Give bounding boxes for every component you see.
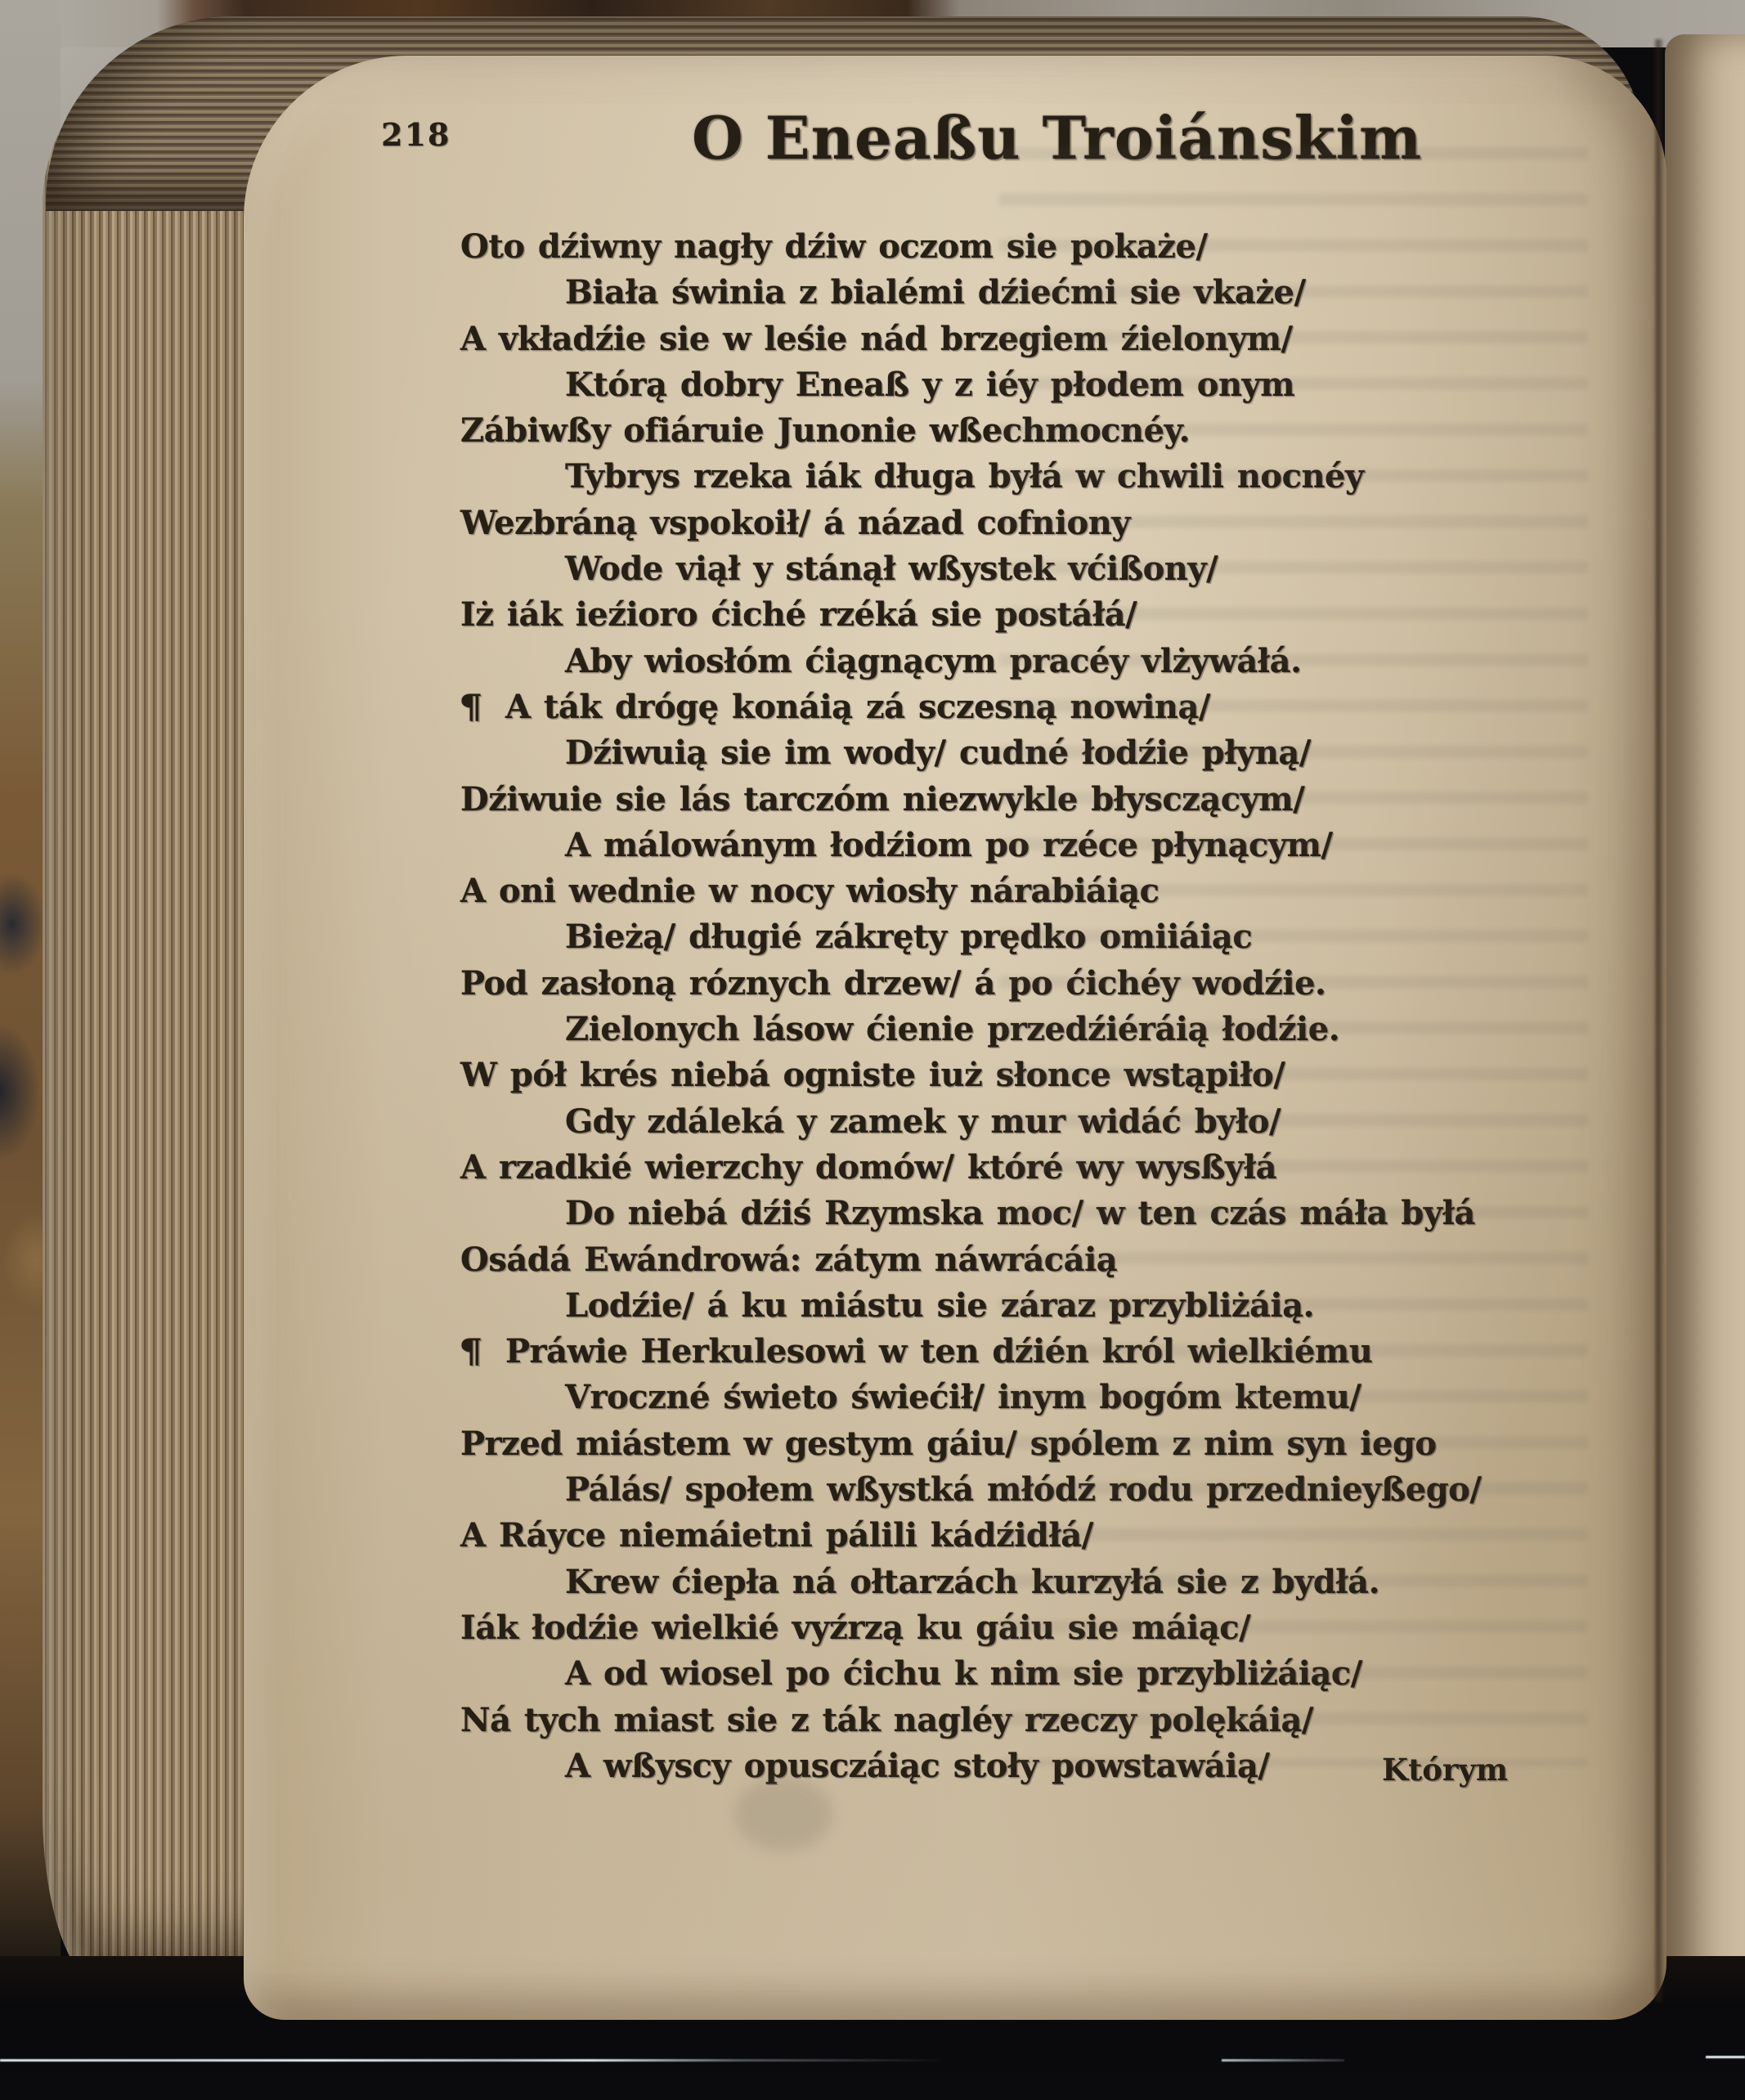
verse-line: A Ráyce niemáietni pálili kádźidłá/ [460, 1513, 1605, 1559]
verse-line-text: A málowánym łodźiom po rzéce płynącym/ [565, 826, 1333, 864]
verse-line-text: Iák łodźie wielkié vyźrzą ku gáiu sie má… [460, 1609, 1250, 1647]
verse-line-text: Biała świnia z bialémi dźiećmi sie vkaże… [565, 273, 1306, 312]
verse-line: Vroczné świeto świećił/ inym bogóm ktemu… [460, 1375, 1605, 1420]
verse-line-text: A ták drógę konáią zá sczesną nowiną/ [505, 688, 1210, 726]
verse-line-text: Pálás/ społem wßystká młódź rodu przedni… [565, 1470, 1481, 1509]
verse-line-text: Ná tych miast sie z ták nagléy rzeczy po… [460, 1701, 1313, 1739]
pilcrow-mark: ¶ [459, 684, 482, 730]
folio-number: 218 [381, 116, 451, 153]
verse-line-text: Którą dobry Eneaß y z iéy płodem onym [565, 366, 1294, 404]
scratch-line [0, 2059, 949, 2062]
verse-line-text: Tybrys rzeka iák długa byłá w chwili noc… [565, 457, 1364, 496]
verse-line: Iż iák ieźioro ćiché rzéká sie postáłá/ [460, 592, 1605, 638]
verse-line: Biała świnia z bialémi dźiećmi sie vkaże… [460, 270, 1605, 316]
verse-line: Pálás/ społem wßystká młódź rodu przedni… [460, 1467, 1605, 1513]
verse-line: Do niebá dźiś Rzymska moc/ w ten czás má… [460, 1191, 1605, 1236]
verse-line: W pół krés niebá ogniste iuż słonce wstą… [460, 1052, 1605, 1098]
facing-page-sliver [1665, 34, 1745, 2007]
verse-line-text: Vroczné świeto świećił/ inym bogóm ktemu… [565, 1378, 1361, 1416]
verse-line: ¶Práwie Herkulesowi w ten dźién król wie… [460, 1329, 1605, 1375]
verse-line-text: A oni wednie w nocy wiosły nárabiáiąc [460, 872, 1159, 910]
verse-line: Którą dobry Eneaß y z iéy płodem onym [460, 362, 1605, 408]
book-page: 218 O Eneaßu Troiánskim Oto dźiwny nagły… [244, 56, 1666, 2020]
verse-line: A od wiosel po ćichu k nim sie przybliżá… [460, 1651, 1605, 1697]
verse-line: A rzadkié wierzchy domów/ któré wy wysßy… [460, 1145, 1605, 1191]
verse-line: Bieżą/ długié zákręty prędko omiiáiąc [460, 914, 1605, 960]
verse-line: Zábiwßy ofiáruie Junonie wßechmocnéy. [460, 408, 1605, 454]
scanned-book-spread: 218 O Eneaßu Troiánskim Oto dźiwny nagły… [0, 0, 1745, 2100]
verse-line-text: A od wiosel po ćichu k nim sie przybliżá… [565, 1654, 1362, 1693]
verse-line-text: Lodźie/ á ku miástu sie záraz przybliżái… [565, 1286, 1314, 1325]
verse-line: Lodźie/ á ku miástu sie záraz przybliżái… [460, 1283, 1605, 1329]
verse-line-text: Wezbráną vspokoił/ á názad cofniony [460, 504, 1130, 542]
verse-line: A oni wednie w nocy wiosły nárabiáiąc [460, 868, 1605, 914]
verse-line-text: Aby wiosłóm ćiągnącym pracéy vlżywáłá. [565, 642, 1302, 680]
verse-lines: Oto dźiwny nagły dźiw oczom sie pokaże/B… [460, 224, 1605, 1789]
verse-line: Iák łodźie wielkié vyźrzą ku gáiu sie má… [460, 1605, 1605, 1651]
verse-line-text: Osádá Ewándrowá: zátym náwrácáią [460, 1241, 1117, 1279]
verse-line-text: Pod zasłoną róznych drzew/ á po ćichéy w… [460, 964, 1326, 1003]
verse-line-text: A rzadkié wierzchy domów/ któré wy wysßy… [460, 1148, 1276, 1187]
verse-line-text: Przed miástem w gestym gáiu/ spólem z ni… [460, 1425, 1437, 1463]
gutter-crease [1653, 39, 1663, 2002]
verse-line-text: A vkładźie sie w leśie nád brzegiem źiel… [460, 320, 1293, 358]
verse-line: ¶A ták drógę konáią zá sczesną nowiną/ [460, 684, 1605, 730]
verse-line-text: Zielonych lásow ćienie przedźiéráią łodź… [565, 1010, 1339, 1048]
verse-line-text: W pół krés niebá ogniste iuż słonce wstą… [460, 1056, 1285, 1094]
running-title: O Eneaßu Troiánskim [692, 103, 1422, 173]
verse-line-text: Iż iák ieźioro ćiché rzéká sie postáłá/ [460, 595, 1137, 634]
verse-line: A málowánym łodźiom po rzéce płynącym/ [460, 823, 1605, 868]
verse-line: Oto dźiwny nagły dźiw oczom sie pokaże/ [460, 224, 1605, 270]
verse-line: Tybrys rzeka iák długa byłá w chwili noc… [460, 454, 1605, 500]
verse-line: Zielonych lásow ćienie przedźiéráią łodź… [460, 1007, 1605, 1052]
verse-line: Gdy zdáleká y zamek y mur widáć było/ [460, 1099, 1605, 1145]
verse-line: Krew ćiepła ná ołtarzách kurzyłá sie z b… [460, 1559, 1605, 1605]
verse-line-text: Krew ćiepła ná ołtarzách kurzyłá sie z b… [565, 1563, 1379, 1601]
verse-line-text: Do niebá dźiś Rzymska moc/ w ten czás má… [565, 1194, 1475, 1232]
verse-line: Dźiwuie sie lás tarczóm niezwykle błyscz… [460, 777, 1605, 823]
verse-line: Przed miástem w gestym gáiu/ spólem z ni… [460, 1421, 1605, 1467]
verse-line-text: Zábiwßy ofiáruie Junonie wßechmocnéy. [460, 411, 1190, 450]
scratch-line [1706, 2056, 1745, 2058]
catchword: Którym [1382, 1752, 1508, 1788]
verse-line: Wezbráną vspokoił/ á názad cofniony [460, 500, 1605, 546]
pilcrow-mark: ¶ [459, 1329, 482, 1375]
verse-line: A vkładźie sie w leśie nád brzegiem źiel… [460, 316, 1605, 362]
verse-line-text: Bieżą/ długié zákręty prędko omiiáiąc [565, 918, 1252, 956]
verse-line: Pod zasłoną róznych drzew/ á po ćichéy w… [460, 961, 1605, 1007]
scratch-line [1222, 2059, 1344, 2062]
verse-line-text: Dźiwuią sie im wody/ cudné łodźie płyną/ [565, 734, 1311, 772]
verse-line-text: Gdy zdáleká y zamek y mur widáć było/ [565, 1102, 1281, 1141]
verse-line-text: Oto dźiwny nagły dźiw oczom sie pokaże/ [460, 227, 1208, 266]
verse-line-text: A wßyscy opusczáiąc stoły powstawáią/ [565, 1747, 1270, 1785]
verse-line-text: Wode viął y stánął wßystek vćißony/ [565, 550, 1218, 588]
verse-line: Dźiwuią sie im wody/ cudné łodźie płyną/ [460, 730, 1605, 776]
verse-line: Aby wiosłóm ćiągnącym pracéy vlżywáłá. [460, 639, 1605, 684]
verse-line: Ná tych miast sie z ták nagléy rzeczy po… [460, 1698, 1605, 1743]
verse-line-text: Dźiwuie sie lás tarczóm niezwykle błyscz… [460, 780, 1304, 819]
verse-line-text: A Ráyce niemáietni pálili kádźidłá/ [460, 1516, 1093, 1555]
verse-line: Osádá Ewándrowá: zátym náwrácáią [460, 1237, 1605, 1283]
verse-line-text: Práwie Herkulesowi w ten dźién król wiel… [505, 1332, 1372, 1371]
verse-line: Wode viął y stánął wßystek vćißony/ [460, 546, 1605, 592]
